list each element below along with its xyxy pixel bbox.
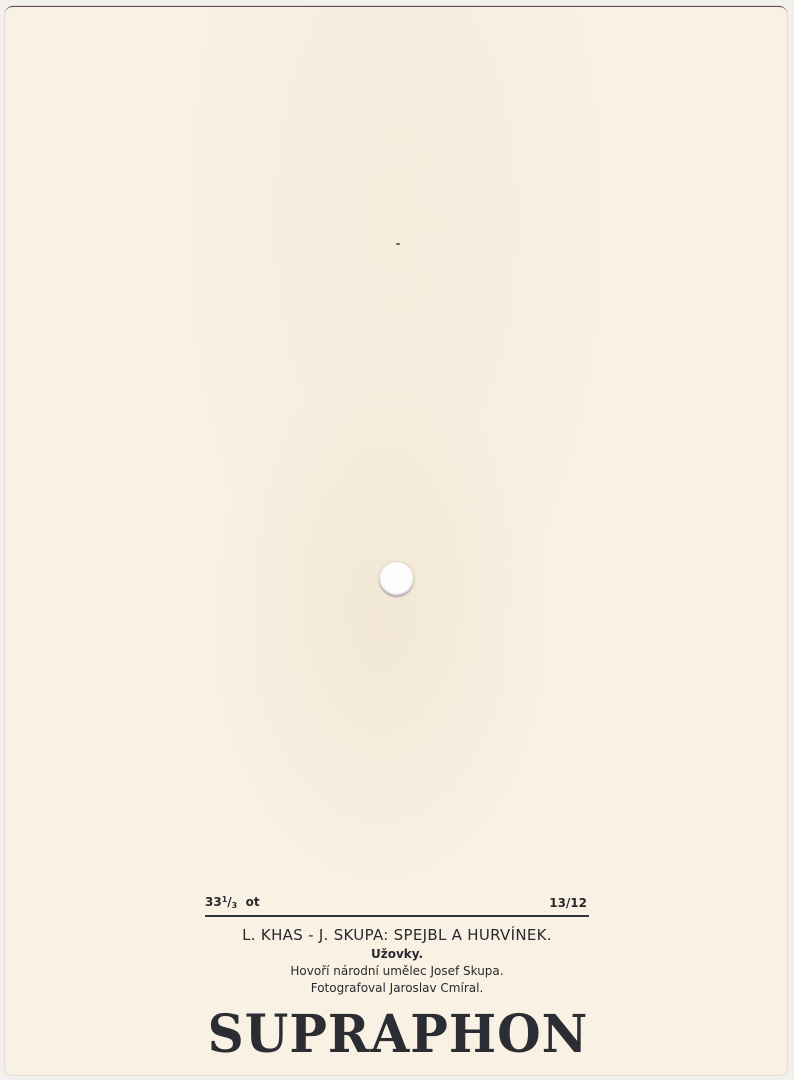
paper-speck <box>396 243 400 245</box>
photo-credit: Fotografoval Jaroslav Cmíral. <box>205 981 589 995</box>
brand-logo: SUPRAPHON <box>178 1003 618 1065</box>
narrator-credit: Hovoří národní umělec Josef Skupa. <box>205 964 589 978</box>
spindle-hole <box>379 562 414 597</box>
playback-speed: 331/3 ot <box>205 895 260 910</box>
record-title: L. KHAS - J. SKUPA: SPEJBL A HURVÍNEK. <box>205 926 589 944</box>
record-card: 331/3 ot 13/12 L. KHAS - J. SKUPA: SPEJB… <box>5 6 787 1075</box>
catalog-number: 13/12 <box>549 896 587 910</box>
label-header-row: 331/3 ot 13/12 <box>205 895 589 917</box>
record-subtitle: Užovky. <box>205 947 589 961</box>
record-label-text: 331/3 ot 13/12 L. KHAS - J. SKUPA: SPEJB… <box>205 895 589 995</box>
